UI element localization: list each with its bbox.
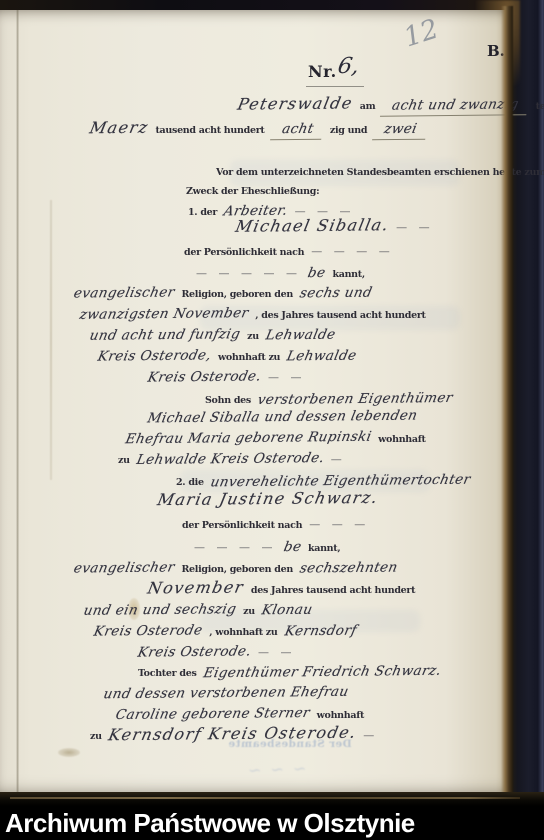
flourish-dash: — — (258, 646, 296, 659)
handwritten-text: zwei (372, 121, 429, 141)
handwritten-text: und dessen verstorbenen Ehefrau (102, 684, 350, 703)
flourish-dash: — — (396, 221, 434, 234)
printed-form-text: Sohn des (205, 395, 251, 406)
form-line: Maria Justine Schwarz. (158, 489, 385, 508)
handwritten-text: und ein und sechszig (82, 601, 238, 619)
printed-form-text: , wohnhaft zu (209, 627, 277, 638)
handwritten-text: Michael Siballa. (234, 215, 391, 236)
book-scan: 12 B. Nr. 6, Peterswaldeamacht und zwanz… (0, 0, 544, 840)
handwritten-text: evangelischer (72, 284, 176, 301)
printed-form-text: wohnhaft zu (218, 352, 280, 363)
handwritten-text: und acht und funfzig (88, 326, 242, 344)
handwritten-text: evangelischer (72, 559, 176, 576)
form-line: der Persönlichkeit nach— — — (182, 513, 376, 532)
form-line: Peterswaldeamacht und zwanzigten (238, 94, 544, 116)
handwritten-text: zwanzigsten November (78, 305, 250, 323)
form-line: Kreis Osterode,wohnhaft zuLehwalde (98, 345, 364, 364)
board-edge-line (10, 797, 520, 799)
handwritten-text: sechszehnten (298, 559, 399, 576)
handwritten-text: Kernsdorf (283, 623, 358, 640)
printed-form-text: zu (90, 731, 102, 742)
handwritten-text: Ehefrau Maria geborene Rupinski (124, 429, 373, 448)
flourish-dash: — — — — — (196, 267, 301, 280)
archive-caption-bar: Archiwum Państwowe w Olsztynie (0, 806, 544, 840)
form-line: zuLehwalde Kreis Osterode.— (118, 448, 353, 467)
form-line: Sohn desverstorbenen Eigenthümer (205, 388, 459, 407)
stain (58, 748, 80, 757)
form-line: Novemberdes Jahres tausend acht hundert (148, 578, 422, 597)
form-line: und ein und sechszigzuKlonau (84, 599, 319, 618)
printed-form-text: der Persönlichkeit nach (184, 247, 304, 258)
printed-form-text: Zweck der Eheschließung: (186, 186, 319, 197)
book-bottom-edge (0, 792, 544, 806)
printed-form-text: Religion, geboren den (181, 564, 293, 575)
printed-form-text: zu (118, 455, 130, 466)
printed-form-text: 2. die (176, 477, 204, 488)
form-line: zwanzigsten November, des Jahres tausend… (80, 303, 433, 322)
form-line: Tochter desEigenthümer Friedrich Schwarz… (138, 661, 447, 680)
record-number-label: Nr. (308, 62, 337, 81)
form-line: Kreis Osterode.— — (138, 641, 302, 660)
handwritten-text: Maria Justine Schwarz. (156, 488, 380, 509)
printed-form-text: wohnhaft (378, 434, 425, 445)
bleedthrough-signature: ~ ~ ~ (246, 759, 307, 780)
form-line: evangelischerReligion, geboren densechsz… (74, 557, 404, 576)
form-line: Michael Siballa und dessen lebenden (148, 406, 424, 425)
handwritten-text: Eigenthümer Friedrich Schwarz. (202, 663, 443, 681)
page-fold-crease (16, 10, 19, 794)
flourish-dash: — (331, 453, 346, 466)
handwritten-text: Maerz (88, 118, 150, 138)
handwritten-text: Lehwalde (285, 348, 358, 365)
printed-form-text: Religion, geboren den (181, 289, 293, 300)
printed-form-text: der Persönlichkeit nach (182, 520, 302, 531)
flourish-dash: — (363, 729, 378, 742)
form-line: Kreis Osterode.— — (148, 366, 312, 385)
handwritten-text: sechs und (298, 285, 373, 302)
printed-form-text: 1. der (188, 207, 217, 218)
form-line: Maerztausend acht hundertachtzig undzwei (90, 118, 434, 140)
page-stack-edge (501, 6, 513, 798)
flourish-dash: — — — — (311, 245, 394, 258)
record-number-value: 6, (336, 54, 361, 79)
handwritten-text: Lehwalde (264, 327, 337, 344)
printed-form-text: ten (536, 101, 544, 112)
flourish-dash: — — (268, 371, 306, 384)
printed-form-text: zu (247, 331, 259, 342)
record-number-underline (306, 86, 364, 87)
handwritten-text: be (282, 539, 303, 555)
book-cover-right (510, 0, 544, 840)
pencil-page-number: 12 (400, 13, 442, 53)
form-line: der Persönlichkeit nach— — — — (184, 240, 401, 259)
archive-caption-text: Archiwum Państwowe w Olsztynie (5, 808, 415, 839)
handwritten-text: Kreis Osterode. (136, 643, 252, 660)
handwritten-text: acht (270, 121, 325, 141)
form-line: Ehefrau Maria geborene Rupinskiwohnhaft (126, 427, 433, 446)
printed-form-text: Tochter des (138, 668, 197, 679)
form-line: und acht und funfzigzuLehwalde (90, 324, 342, 343)
record-page: 12 B. Nr. 6, Peterswaldeamacht und zwanz… (0, 10, 506, 794)
form-line: — — — — —bekannt, (196, 262, 372, 281)
handwritten-text: Kreis Osterode (92, 622, 204, 639)
handwritten-text: November (146, 577, 246, 597)
form-line: Vor dem unterzeichneten Standesbeamten e… (216, 160, 544, 179)
form-line: Kreis Osterode, wohnhaft zuKernsdorf (94, 620, 363, 639)
handwritten-text: Lehwalde Kreis Osterode. (135, 450, 326, 468)
handwritten-text: Klonau (260, 602, 314, 619)
handwritten-text: be (306, 265, 327, 281)
handwritten-text: Caroline geborene Sterner (114, 705, 311, 723)
handwritten-text: Kreis Osterode, (96, 347, 212, 364)
form-line: Caroline geborene Sternerwohnhaft (116, 703, 371, 722)
printed-form-text: kannt, (308, 543, 340, 554)
form-line: und dessen verstorbenen Ehefrau (104, 682, 355, 701)
printed-form-text: zu (243, 606, 255, 617)
printed-form-text: tausend acht hundert (155, 125, 264, 136)
form-line: evangelischerReligion, geboren densechs … (74, 282, 379, 301)
printed-form-text: Vor dem unterzeichneten Standesbeamten e… (216, 167, 544, 178)
form-line: — — — —bekannt, (194, 536, 347, 555)
form-line: 2. dieunverehelichte Eigenthümertochter (176, 470, 477, 489)
flourish-dash: — — — (309, 518, 369, 531)
form-line: Zweck der Eheschließung: (186, 179, 326, 198)
flourish-dash: — — — — (194, 541, 277, 554)
printed-form-text: wohnhaft (317, 710, 364, 721)
printed-form-text: , des Jahres tausend acht hundert (255, 310, 425, 321)
handwritten-text: Peterswalde (236, 93, 355, 113)
printed-form-text: kannt, (332, 269, 364, 280)
bleedthrough-heading: Der Standesbeamte (228, 738, 352, 750)
form-line: Michael Siballa.— — (236, 216, 441, 235)
margin-streak (50, 200, 52, 480)
printed-form-text: des Jahres tausend acht hundert (251, 585, 415, 596)
printed-form-text: zig und (330, 125, 367, 136)
printed-form-text: am (360, 101, 376, 112)
handwritten-text: Kreis Osterode. (146, 368, 262, 385)
handwritten-text: Michael Siballa und dessen lebenden (146, 408, 419, 427)
